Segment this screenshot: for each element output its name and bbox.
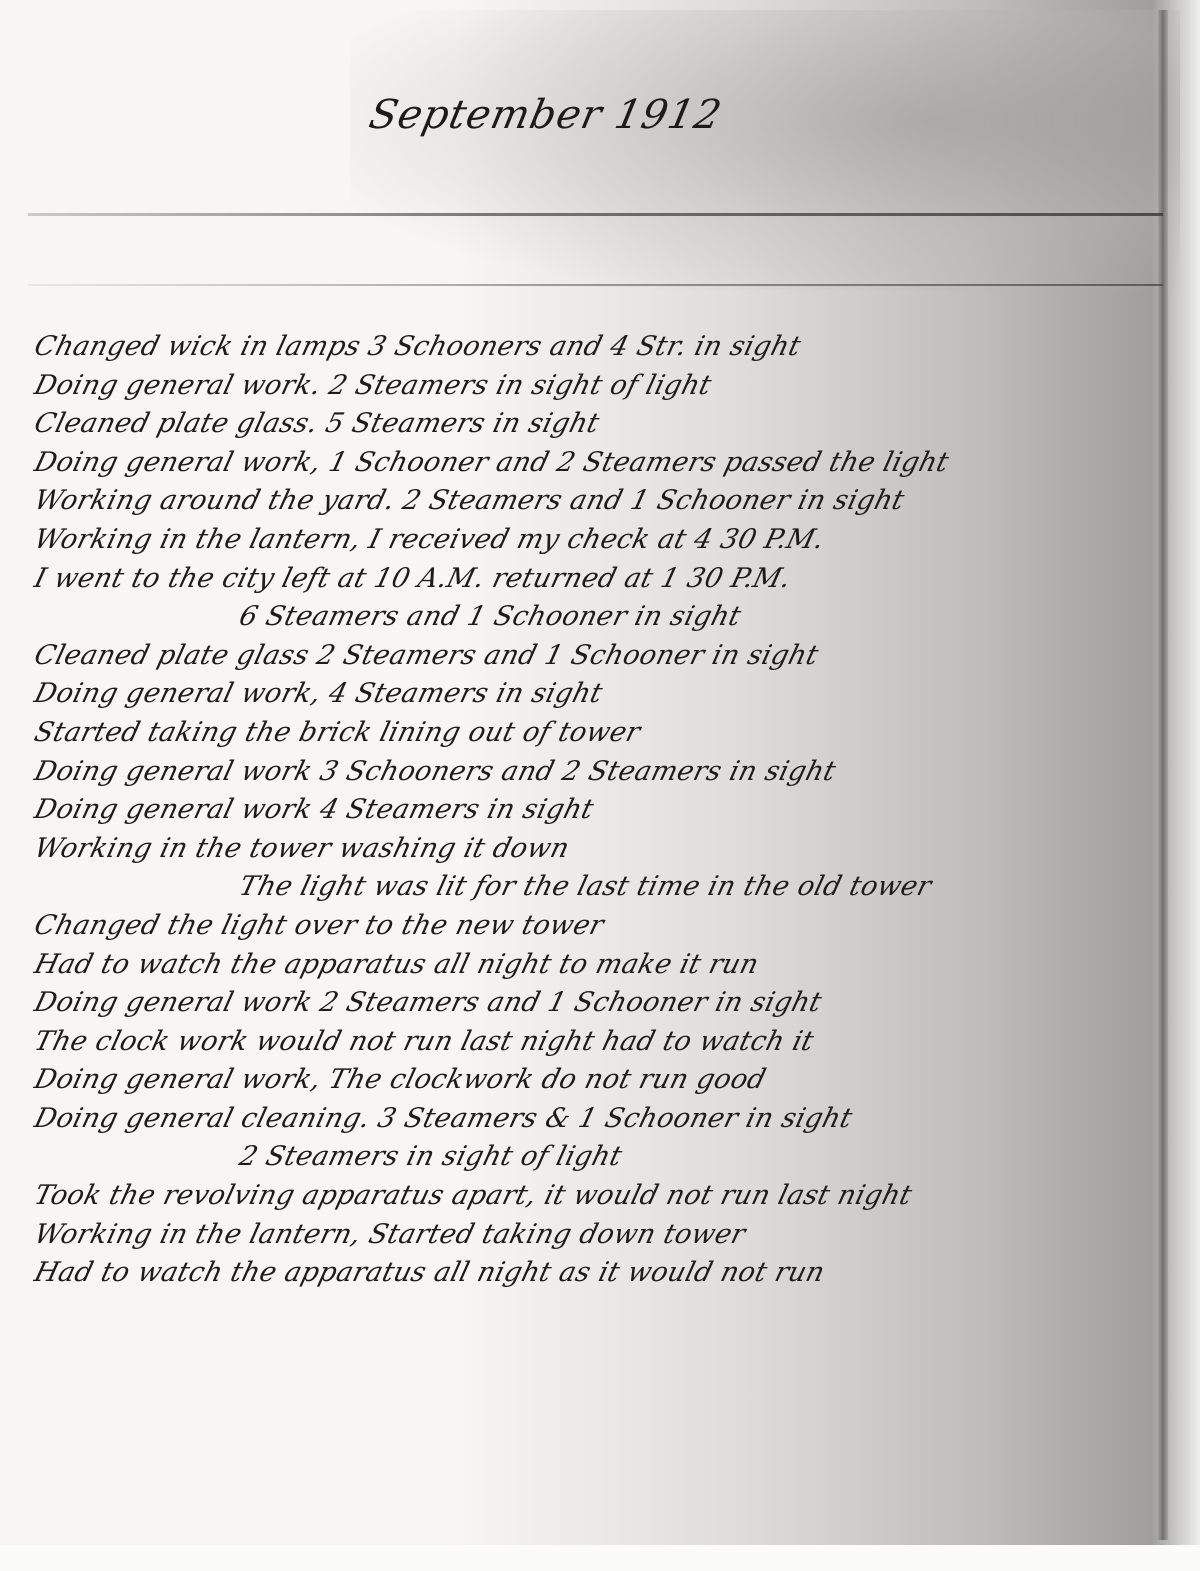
log-entry: Doing general work 2 Steamers and 1 Scho… — [30, 984, 1170, 1023]
log-entry: Changed wick in lamps 3 Schooners and 4 … — [30, 328, 1170, 367]
log-entry: Working around the yard. 2 Steamers and … — [30, 482, 1170, 521]
log-entry: Doing general work, 4 Steamers in sight — [30, 675, 1170, 714]
page-heading: September 1912 — [365, 92, 726, 138]
header-rule-top — [28, 213, 1163, 216]
log-entries: Changed wick in lamps 3 Schooners and 4 … — [30, 328, 1160, 1293]
scanned-logbook-page: September 1912 Changed wick in lamps 3 S… — [0, 0, 1200, 1571]
log-entry: The light was lit for the last time in t… — [30, 868, 1170, 907]
page-bottom-edge — [0, 1545, 1200, 1571]
log-entry: Doing general work, 1 Schooner and 2 Ste… — [30, 444, 1170, 483]
log-entry: I went to the city left at 10 A.M. retur… — [30, 560, 1170, 599]
log-entry: Working in the tower washing it down — [30, 830, 1170, 869]
header-rule-bottom — [28, 284, 1163, 286]
log-entry: Working in the lantern, I received my ch… — [30, 521, 1170, 560]
log-entry: 6 Steamers and 1 Schooner in sight — [30, 598, 1170, 637]
log-entry: Had to watch the apparatus all night as … — [30, 1254, 1170, 1293]
log-entry: Cleaned plate glass. 5 Steamers in sight — [30, 405, 1170, 444]
log-entry: Doing general work. 2 Steamers in sight … — [30, 367, 1170, 406]
log-entry: Doing general work, The clockwork do not… — [30, 1061, 1170, 1100]
log-entry: The clock work would not run last night … — [30, 1023, 1170, 1062]
log-entry: Changed the light over to the new tower — [30, 907, 1170, 946]
log-entry: Doing general work 3 Schooners and 2 Ste… — [30, 753, 1170, 792]
log-entry: Had to watch the apparatus all night to … — [30, 946, 1170, 985]
log-entry: Working in the lantern, Started taking d… — [30, 1216, 1170, 1255]
log-entry: Doing general work 4 Steamers in sight — [30, 791, 1170, 830]
log-entry: 2 Steamers in sight of light — [30, 1138, 1170, 1177]
log-entry: Took the revolving apparatus apart, it w… — [30, 1177, 1170, 1216]
log-entry: Started taking the brick lining out of t… — [30, 714, 1170, 753]
log-entry: Cleaned plate glass 2 Steamers and 1 Sch… — [30, 637, 1170, 676]
photocopy-shading — [350, 10, 1180, 290]
log-entry: Doing general cleaning. 3 Steamers & 1 S… — [30, 1100, 1170, 1139]
